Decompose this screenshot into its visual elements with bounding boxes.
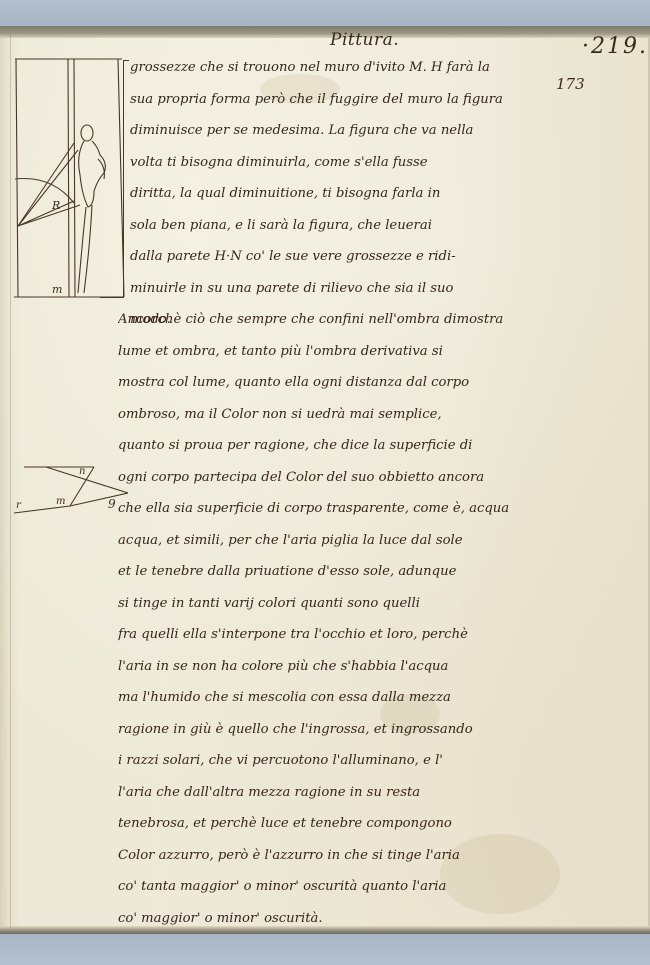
page-title: Pittura. [330,30,399,50]
text-line: i razzi solari, che vi percuotono l'allu… [118,745,509,777]
text-line: diminuisce per se medesima. La figura ch… [130,115,503,147]
diagram-label-9: 9 [108,497,116,511]
text-line: ombroso, ma il Color non si uedrà mai se… [118,399,509,431]
text-line: l'aria che dall'altra mezza ragione in s… [118,777,509,809]
text-line: fra quelli ella s'interpone tra l'occhio… [118,619,509,651]
wall-line-left [68,59,69,297]
text-line: co' maggior' o minor' oscurità. [118,903,509,935]
text-line: mostra col lume, quanto ella ogni distan… [118,367,509,399]
diagram-cross-line [46,467,128,493]
figure-head [81,125,93,141]
text-line: dalla parete H·N co' le sue vere grossez… [130,241,503,273]
geometric-diagram-sketch: n r m [12,460,132,520]
binding-gutter [10,34,11,928]
text-line: l'aria in se non ha colore più che s'hab… [118,651,509,683]
text-line: quanto si proua per ragione, che dice la… [118,430,509,462]
text-line: ragione in giù è quello che l'ingrossa, … [118,714,509,746]
handwritten-paragraph-2: Ancorchè ciò che sempre che confini nell… [118,304,509,934]
text-line: sola ben piana, e li sarà la figura, che… [130,210,503,242]
scanner-backdrop-bottom [0,932,650,965]
text-line: minuirle in su una parete di rilievo che… [130,273,503,305]
text-line: si tinge in tanti varij colori quanti so… [118,588,509,620]
text-line: diritta, la qual diminuitione, ti bisogn… [130,178,503,210]
text-line: lume et ombra, et tanto più l'ombra deri… [118,336,509,368]
figure-sketch: R m [12,55,132,305]
text-bracket-tick [123,60,129,61]
diagram-bottom-line [14,506,70,513]
handwritten-paragraph-1: grossezze che si trouono nel muro d'ivit… [130,52,503,336]
diagram-label-m: m [56,496,65,507]
margin-number: 173 [556,75,585,93]
text-line: Color azzurro, però è l'azzurro in che s… [118,840,509,872]
diagram-label-n: n [79,466,85,477]
text-line: co' tanta maggior' o minor' oscurità qua… [118,871,509,903]
text-line: acqua, et simili, per che l'aria piglia … [118,525,509,557]
sketch-label-r: R [51,199,60,212]
frame-left-line [16,59,18,297]
text-line: et le tenebre dalla priuatione d'esso so… [118,556,509,588]
page-edge-top [0,26,650,38]
text-line: grossezze che si trouono nel muro d'ivit… [130,52,503,84]
text-line: Ancorchè ciò che sempre che confini nell… [118,304,509,336]
text-line: che ella sia superficie di corpo traspar… [118,493,509,525]
folio-number: ·219. [582,34,648,59]
sketch-label-m: m [52,283,62,296]
text-line: volta ti bisogna diminuirla, come s'ella… [130,147,503,179]
text-line: ma l'humido che si mescolia con essa dal… [118,682,509,714]
arc-line [15,179,74,204]
diagram-label-r: r [16,500,22,511]
text-bracket-foot [100,297,124,298]
text-bracket [123,60,124,298]
text-line: tenebrosa, et perchè luce et tenebre com… [118,808,509,840]
text-line: ogni corpo partecipa del Color del suo o… [118,462,509,494]
text-line: sua propria forma però che il fuggire de… [130,84,503,116]
